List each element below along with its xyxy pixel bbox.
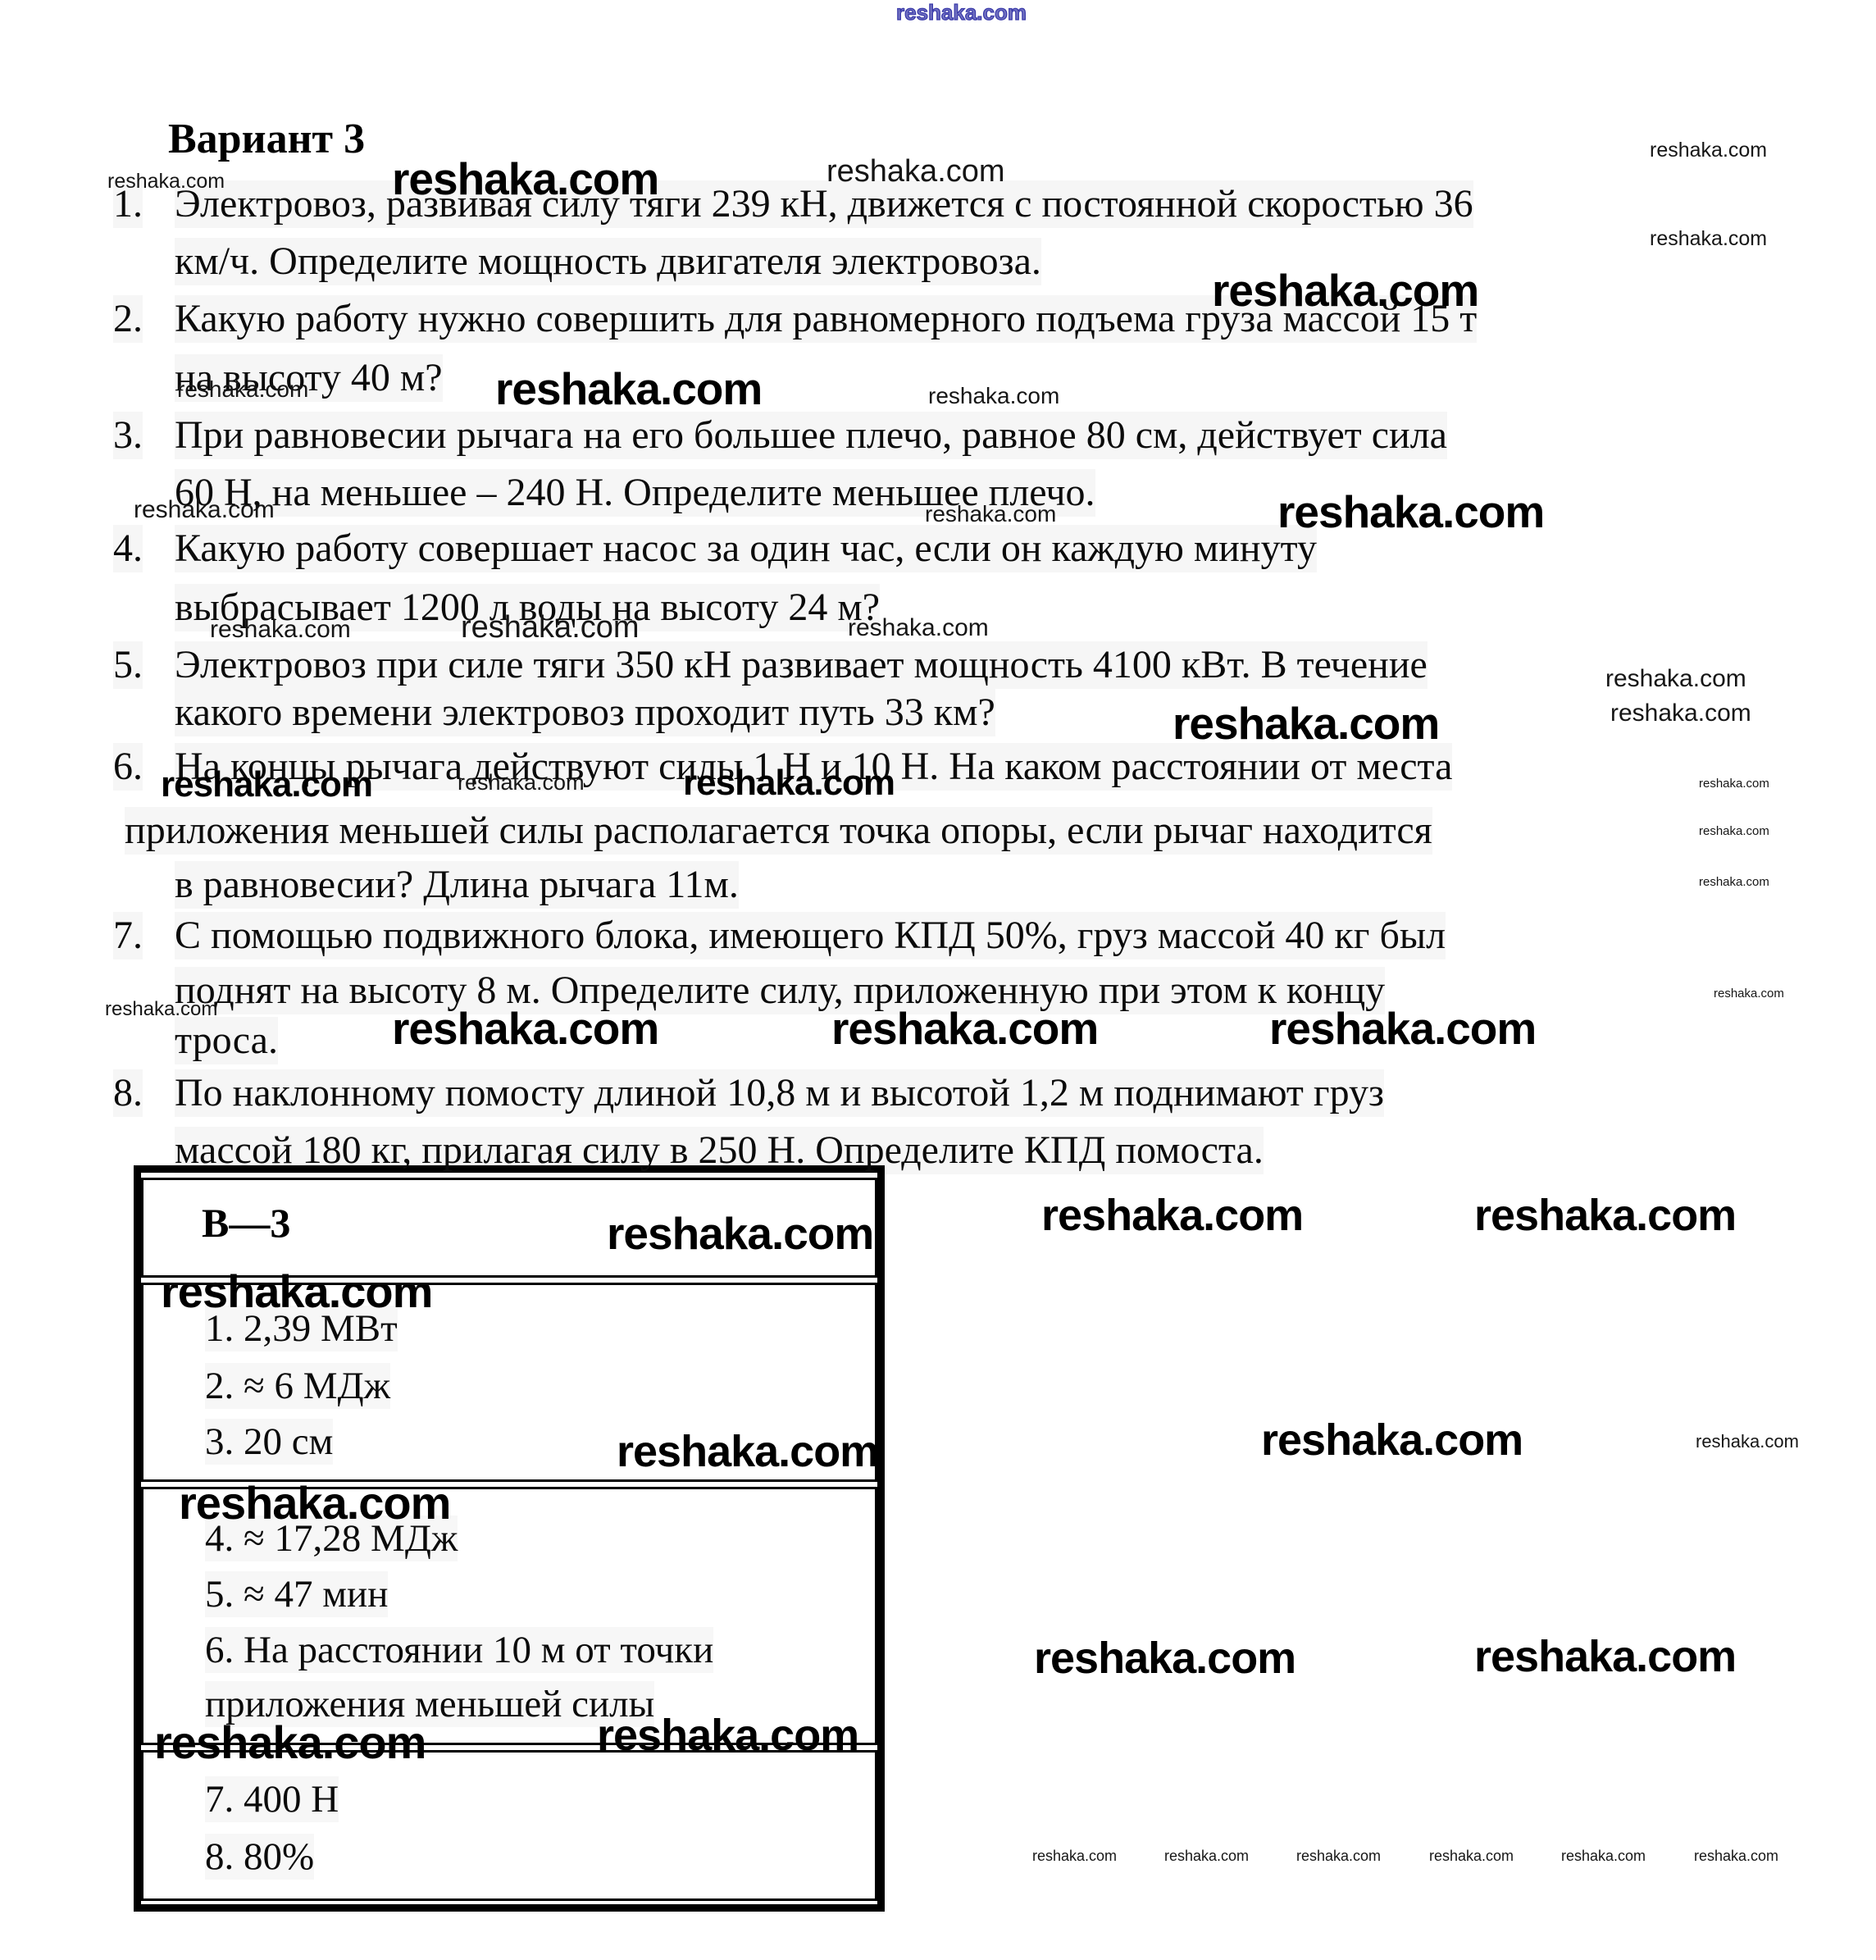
watermark: reshaka.com — [617, 1429, 878, 1475]
watermark: reshaka.com — [597, 1712, 858, 1759]
watermark: reshaka.com — [1610, 700, 1751, 727]
watermark: reshaka.com — [134, 497, 275, 523]
watermark: reshaka.com — [1650, 139, 1767, 161]
problem-8-number: 8. — [113, 1069, 143, 1117]
watermark: reshaka.com — [1261, 1417, 1523, 1464]
watermark: reshaka.com — [1605, 666, 1746, 692]
watermark: reshaka.com — [1474, 1192, 1736, 1239]
problem-7-line-3: троса. — [175, 1017, 278, 1064]
answer-2: 2. ≈ 6 МДж — [205, 1363, 390, 1409]
watermark: reshaka.com — [1041, 1192, 1303, 1239]
watermark: reshaka.com — [1699, 876, 1769, 889]
watermark: reshaka.com — [1714, 987, 1784, 1001]
problem-4-number: 4. — [113, 525, 143, 572]
answer-5: 5. ≈ 47 мин — [205, 1571, 388, 1617]
watermark: reshaka.com — [1474, 1634, 1736, 1680]
watermark: reshaka.com — [392, 1005, 658, 1053]
watermark: reshaka.com — [1699, 777, 1769, 791]
watermark: reshaka.com — [1561, 1848, 1646, 1864]
watermark: reshaka.com — [848, 615, 989, 641]
watermark: reshaka.com — [683, 764, 895, 802]
problem-5-number: 5. — [113, 641, 143, 689]
watermark: reshaka.com — [1429, 1848, 1514, 1864]
problem-2-number: 2. — [113, 295, 143, 343]
watermark: reshaka.com — [1696, 1432, 1799, 1451]
scanned-test-page: { "page": { "title": "Вариант 3" }, "wat… — [0, 0, 1876, 1960]
answer-8: 8. 80% — [205, 1834, 314, 1880]
watermark: reshaka.com — [1164, 1848, 1249, 1864]
problem-8-line-2: массой 180 кг, прилагая силу в 250 Н. Оп… — [175, 1127, 1264, 1174]
watermark: reshaka.com — [1212, 267, 1478, 315]
watermark: reshaka.com — [392, 156, 658, 203]
problem-4-line-1: Какую работу совершает насос за один час… — [175, 525, 1317, 572]
watermark: reshaka.com — [495, 366, 762, 413]
watermark: reshaka.com — [161, 766, 372, 804]
problem-6-number: 6. — [113, 743, 143, 791]
watermark: reshaka.com — [1694, 1848, 1778, 1864]
watermark: reshaka.com — [925, 502, 1056, 526]
watermark: reshaka.com — [1277, 489, 1544, 536]
watermark: reshaka.com — [105, 999, 217, 1019]
answer-3: 3. 20 см — [205, 1419, 333, 1465]
watermark: reshaka.com — [154, 1719, 426, 1767]
problem-7-line-1: С помощью подвижного блока, имеющего КПД… — [175, 912, 1446, 959]
problem-6-line-2: приложения меньшей силы располагается то… — [125, 807, 1432, 855]
problem-5-line-1: Электровоз при силе тяги 350 кН развивае… — [175, 641, 1427, 689]
variant-title: Вариант 3 — [168, 115, 365, 163]
watermark: reshaka.com — [1032, 1848, 1117, 1864]
watermark: reshaka.com — [1269, 1005, 1536, 1053]
problem-7-line-2: поднят на высоту 8 м. Определите силу, п… — [175, 967, 1385, 1014]
watermark: reshaka.com — [458, 771, 585, 794]
problem-5-line-2: какого времени электровоз проходит путь … — [175, 689, 995, 736]
watermark: reshaka.com — [1172, 700, 1439, 748]
answer-6-line-1: 6. На расстоянии 10 м от точки — [205, 1627, 713, 1673]
watermark: reshaka.com — [928, 384, 1059, 408]
watermark: reshaka.com — [831, 1005, 1098, 1053]
watermark: reshaka.com — [461, 612, 640, 645]
watermark: reshaka.com — [1296, 1848, 1381, 1864]
watermark: reshaka.com — [1699, 825, 1769, 838]
watermark: reshaka.com — [896, 2, 1027, 24]
answer-7: 7. 400 Н — [205, 1776, 339, 1822]
watermark: reshaka.com — [210, 617, 351, 643]
problem-3-number: 3. — [113, 412, 143, 459]
watermark: reshaka.com — [161, 1268, 432, 1316]
problem-1-line-2: км/ч. Определите мощность двигателя элек… — [175, 238, 1041, 285]
watermark: reshaka.com — [179, 1479, 450, 1528]
watermark: reshaka.com — [1650, 228, 1767, 249]
problem-1-line-1: Электровоз, развивая силу тяги 239 кН, д… — [175, 180, 1473, 228]
watermark: reshaka.com — [826, 156, 1005, 189]
watermark: reshaka.com — [607, 1210, 873, 1258]
problem-3-line-1: При равновесии рычага на его большее пле… — [175, 412, 1447, 459]
answers-box-title: В—3 — [202, 1199, 290, 1247]
problem-7-number: 7. — [113, 912, 143, 959]
watermark: reshaka.com — [107, 171, 225, 192]
watermark: reshaka.com — [1034, 1635, 1295, 1682]
problem-8-line-1: По наклонному помосту длиной 10,8 м и вы… — [175, 1069, 1384, 1117]
problem-6-line-3: в равновесии? Длина рычага 11м. — [175, 861, 739, 909]
watermark: reshaka.com — [177, 377, 308, 401]
